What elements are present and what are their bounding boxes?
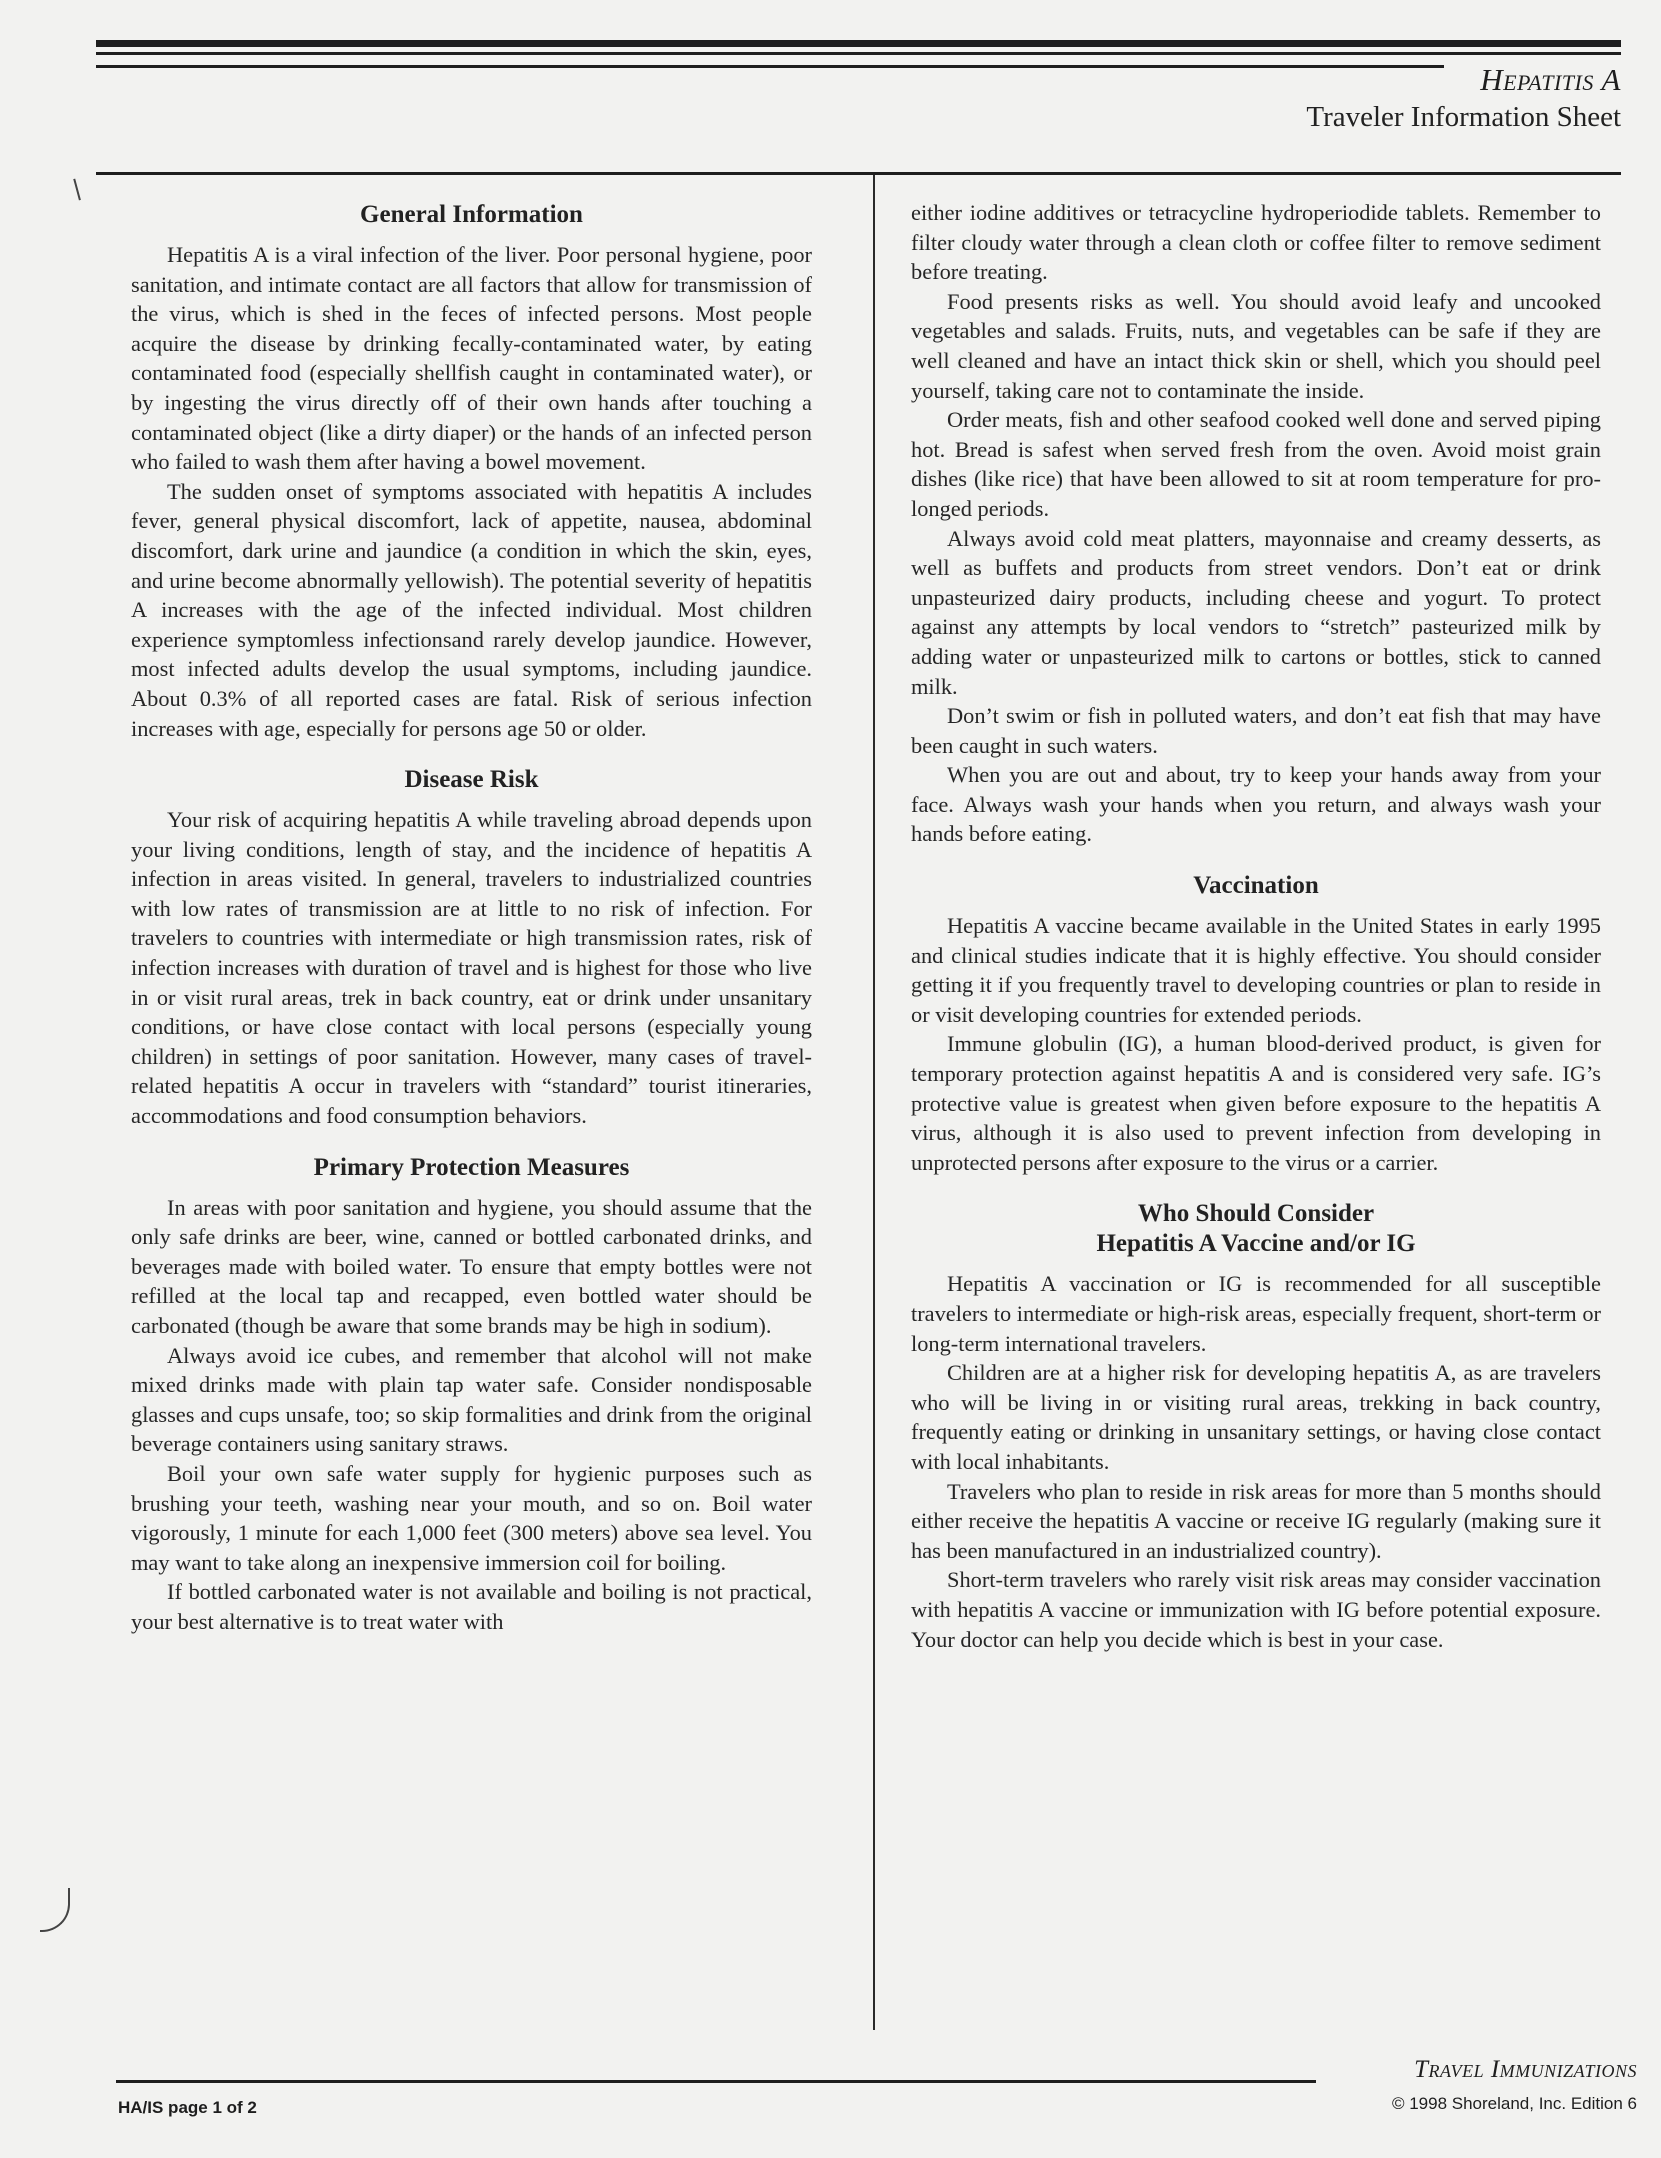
section-heading: Who Should Consider Hepatitis A Vaccine … — [911, 1199, 1601, 1259]
section-disease-risk: Disease Risk Your risk of acquiring hepa… — [131, 765, 812, 1131]
footer-page-label: HA/IS page 1 of 2 — [118, 2098, 257, 2118]
paragraph: Short-term travelers who rarely visit ri… — [911, 1565, 1601, 1654]
section-who-should-consider: Who Should Consider Hepatitis A Vaccine … — [911, 1199, 1601, 1654]
header-bottom-rule — [96, 172, 1621, 175]
paragraph: When you are out and about, try to keep … — [911, 760, 1601, 849]
header-rule-short — [96, 65, 1444, 68]
scan-mark — [73, 178, 84, 201]
header-rule-thin — [96, 52, 1621, 55]
document-subtitle: Traveler Information Sheet — [1306, 98, 1621, 136]
document-title: Hepatitis A — [1306, 62, 1621, 98]
paragraph: Food presents risks as well. You should … — [911, 287, 1601, 405]
right-column: either iodine additives or tetracycline … — [911, 198, 1601, 1676]
paragraph: Hepatitis A vaccine became available in … — [911, 911, 1601, 1029]
left-column: General Information Hepatitis A is a vir… — [131, 200, 812, 1655]
section-vaccination: Vaccination Hepatitis A vaccine became a… — [911, 871, 1601, 1177]
paragraph: Immune globulin (IG), a human blood-deri… — [911, 1029, 1601, 1177]
section-heading-line: Who Should Consider — [1138, 1200, 1374, 1227]
section-heading: Disease Risk — [131, 765, 812, 795]
paragraph: The sudden onset of symptoms associated … — [131, 477, 812, 743]
section-heading: General Information — [131, 200, 812, 230]
paragraph: Don’t swim or fish in polluted waters, a… — [911, 701, 1601, 760]
section-primary-protection: Primary Protection Measures In areas wit… — [131, 1153, 812, 1637]
document-page: Hepatitis A Traveler Information Sheet G… — [0, 0, 1661, 2158]
paragraph: Hepatitis A vaccination or IG is recomme… — [911, 1269, 1601, 1358]
paragraph: If bottled carbonated water is not avail… — [131, 1577, 812, 1636]
paragraph: Your risk of acquiring hepatitis A while… — [131, 805, 812, 1131]
column-divider — [873, 175, 875, 2030]
section-general-information: General Information Hepatitis A is a vir… — [131, 200, 812, 743]
section-heading: Primary Protection Measures — [131, 1153, 812, 1183]
paragraph: Travelers who plan to reside in risk are… — [911, 1477, 1601, 1566]
scan-mark — [40, 1888, 70, 1932]
title-block: Hepatitis A Traveler Information Sheet — [1306, 62, 1621, 136]
paragraph: Boil your own safe water supply for hygi… — [131, 1459, 812, 1577]
paragraph: either iodine additives or tetracycline … — [911, 198, 1601, 287]
footer-brand: Travel Immunizations — [1414, 2056, 1637, 2084]
paragraph: Hepatitis A is a viral infection of the … — [131, 240, 812, 477]
paragraph: Always avoid ice cubes, and remember tha… — [131, 1341, 812, 1459]
footer-rule — [116, 2080, 1316, 2083]
footer-copyright: © 1998 Shoreland, Inc. Edition 6 — [1392, 2094, 1637, 2114]
section-protection-continued: either iodine additives or tetracycline … — [911, 198, 1601, 849]
header-rule-thick — [96, 40, 1621, 47]
paragraph: Always avoid cold meat platters, mayonna… — [911, 524, 1601, 702]
paragraph: Children are at a higher risk for develo… — [911, 1358, 1601, 1476]
section-heading: Vaccination — [911, 871, 1601, 901]
paragraph: In areas with poor sanitation and hygien… — [131, 1193, 812, 1341]
paragraph: Order meats, fish and other seafood cook… — [911, 405, 1601, 523]
section-heading-line: Hepatitis A Vaccine and/or IG — [1096, 1230, 1415, 1257]
